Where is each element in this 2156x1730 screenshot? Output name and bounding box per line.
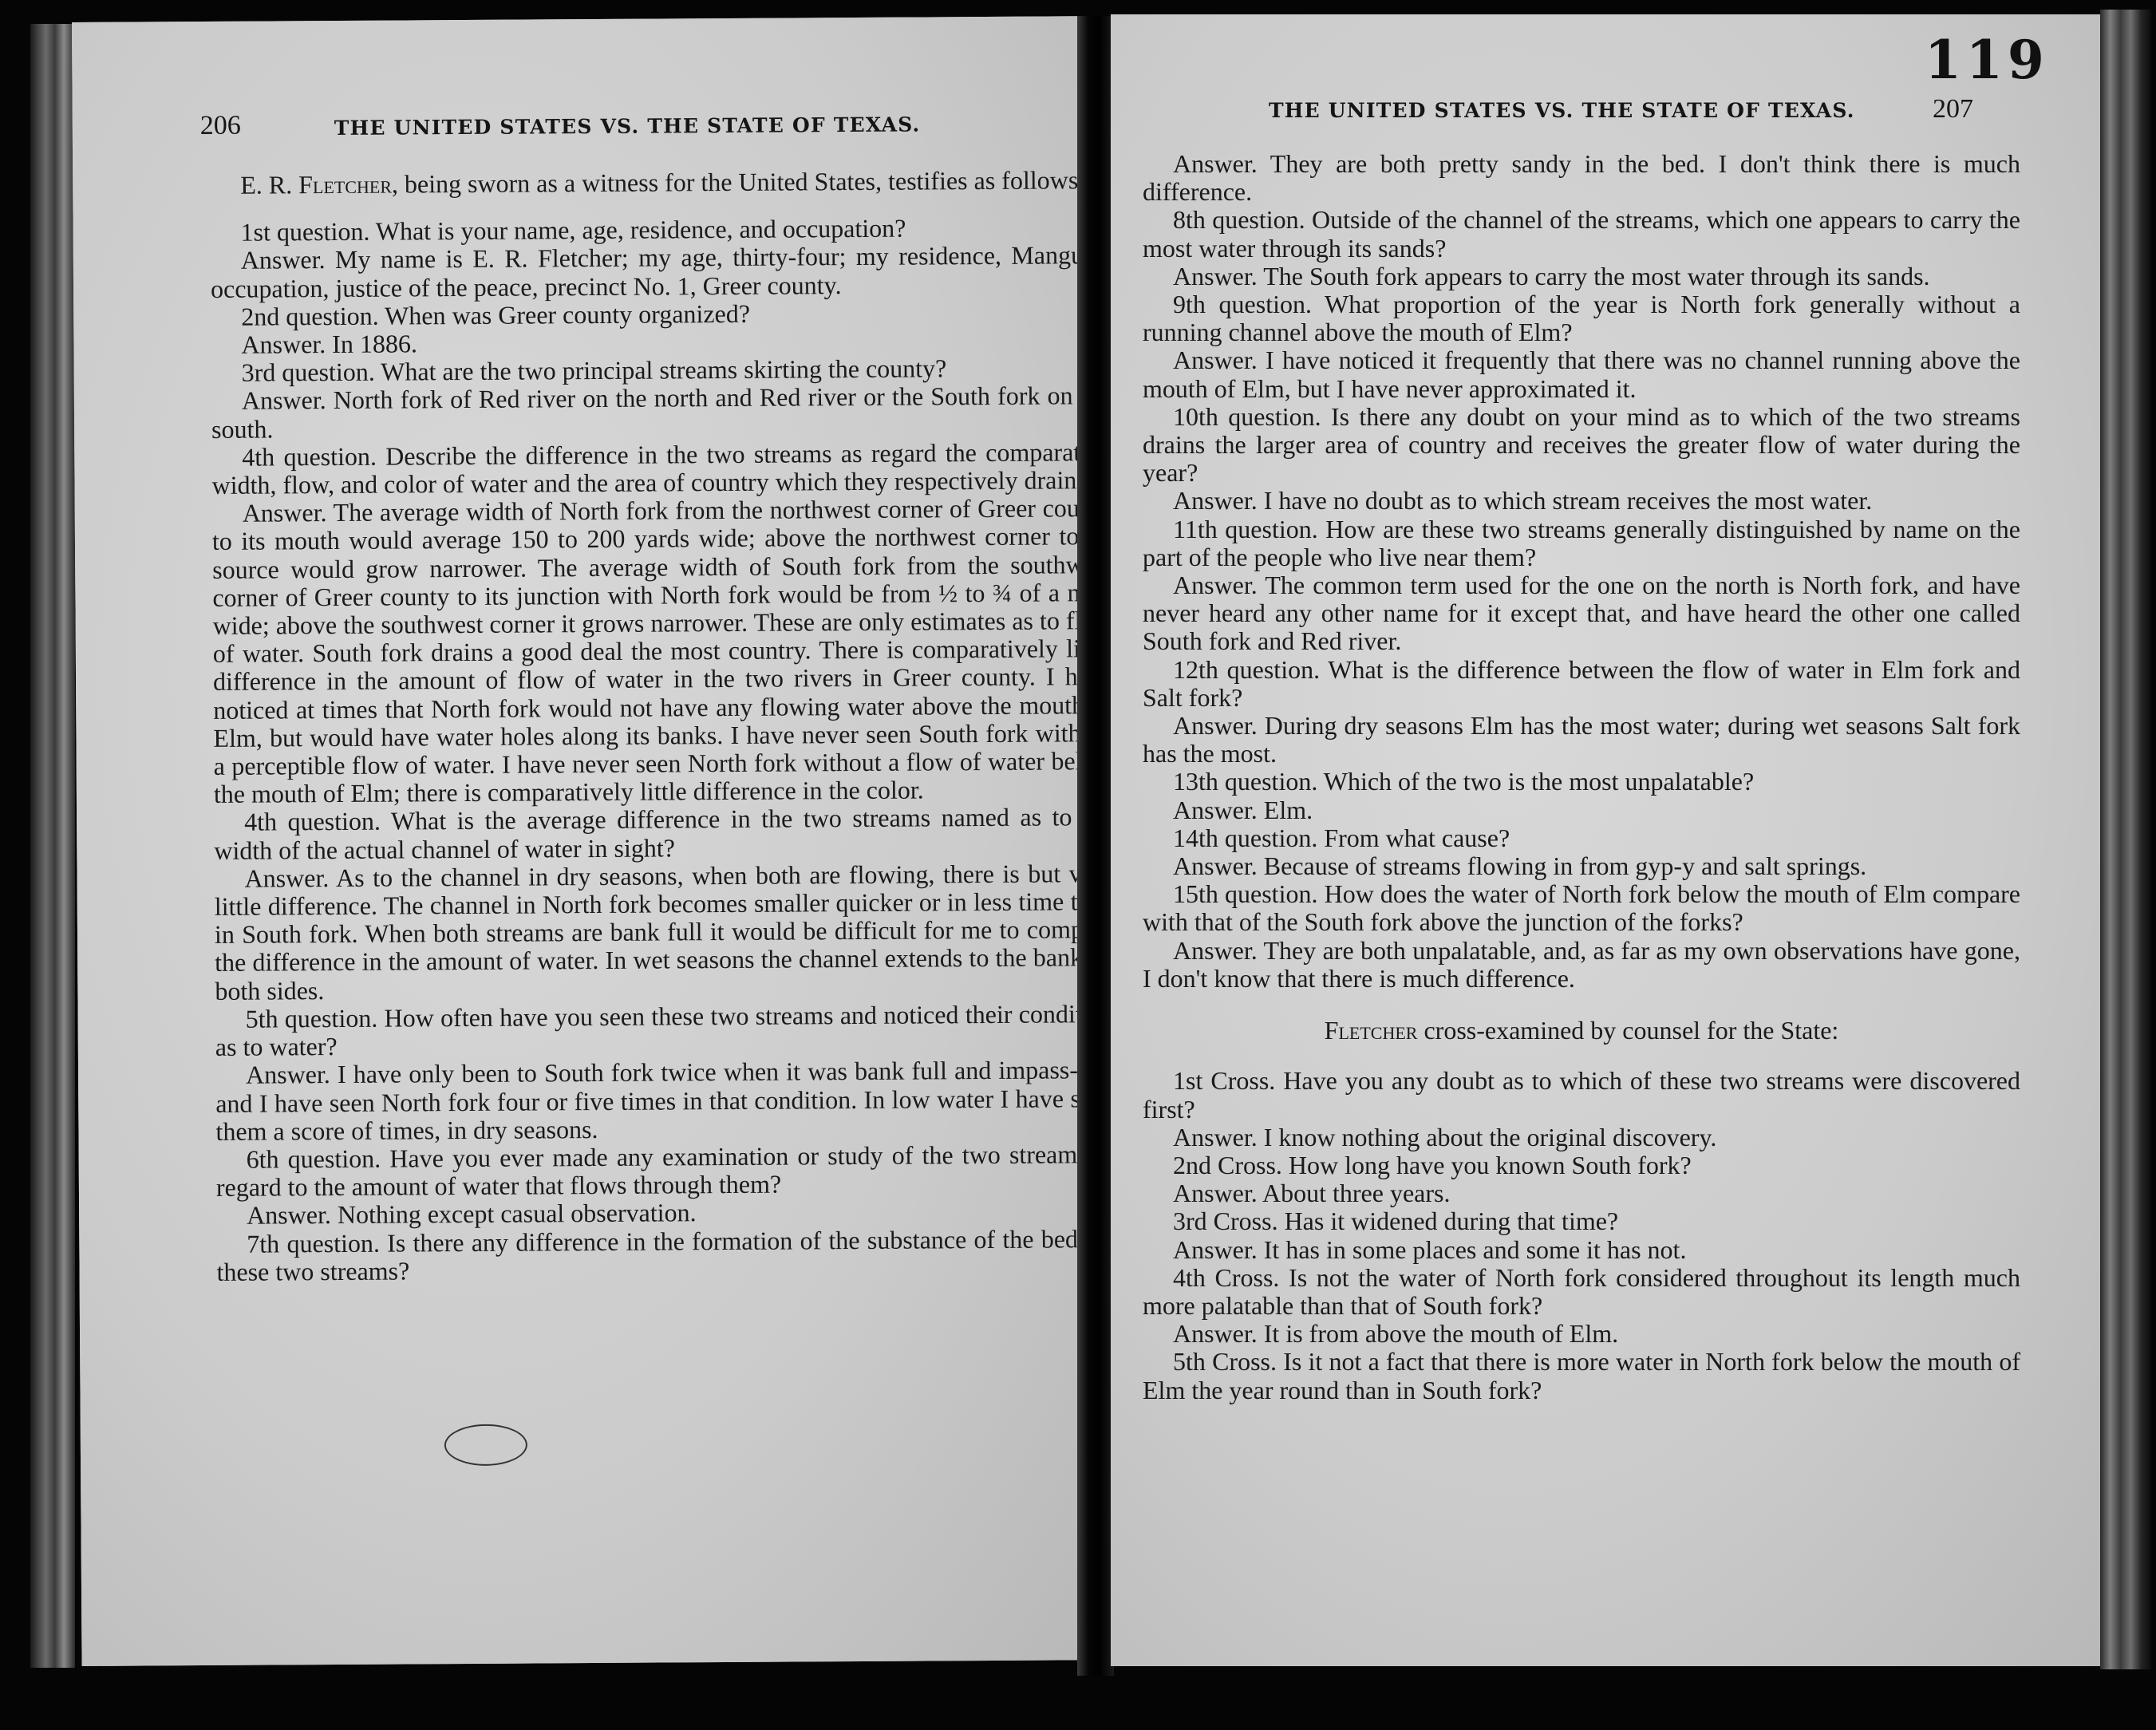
witness-name: Fletcher — [1325, 1016, 1418, 1045]
paragraph: 11th question. How are these two streams… — [1143, 515, 2020, 571]
paragraph: 4th question. Describe the difference in… — [211, 438, 1112, 500]
paragraph: Answer. About three years. — [1143, 1179, 2020, 1207]
paragraph: Answer. The average width of North fork … — [212, 494, 1114, 808]
paragraph: 14th question. From what cause? — [1143, 824, 2020, 852]
paragraph: 3rd Cross. Has it widened during that ti… — [1143, 1207, 2020, 1235]
paragraph: 9th question. What proportion of the yea… — [1143, 290, 2020, 346]
page-number: 206 — [200, 111, 241, 141]
paragraph: 4th Cross. Is not the water of North for… — [1143, 1264, 2020, 1320]
running-head: THE UNITED STATES VS. THE STATE OF TEXAS… — [1269, 99, 1855, 122]
paragraph: 6th question. Have you ever made any exa… — [216, 1140, 1116, 1202]
paragraph: 2nd Cross. How long have you known South… — [1143, 1151, 2020, 1179]
paragraph: Answer. I have no doubt as to which stre… — [1143, 487, 2020, 515]
intro-text: , being sworn as a witness for the Unite… — [392, 165, 1085, 198]
paragraph: 8th question. Outside of the channel of … — [1143, 206, 2020, 262]
paragraph: 5th Cross. Is it not a fact that there i… — [1143, 1348, 2020, 1404]
paragraph: Answer. Elm. — [1143, 796, 2020, 824]
cross-examination-heading: Fletcher cross-examined by counsel for t… — [1143, 1017, 2020, 1045]
book-page-edges-right — [2100, 10, 2151, 1669]
right-page: 119 THE UNITED STATES VS. THE STATE OF T… — [1111, 14, 2102, 1666]
paragraph: Answer. It is from above the mouth of El… — [1143, 1320, 2020, 1348]
paragraph: Answer. As to the channel in dry seasons… — [214, 859, 1115, 1005]
page-number: 207 — [1933, 94, 1973, 124]
cross-heading-text: cross-examined by counsel for the State: — [1417, 1016, 1838, 1045]
paragraph: Answer. My name is E. R. Fletcher; my ag… — [211, 241, 1111, 302]
paragraph: Answer. I have noticed it frequently tha… — [1143, 346, 2020, 402]
witness-name: E. R. Fletcher — [240, 170, 392, 199]
book-cover-left-edge — [30, 24, 75, 1668]
paragraph: 1st Cross. Have you any doubt as to whic… — [1143, 1067, 2020, 1123]
paragraph: Answer. During dry seasons Elm has the m… — [1143, 712, 2020, 768]
paragraph: 5th question. How often have you seen th… — [215, 1000, 1116, 1061]
paragraph: Answer. The common term used for the one… — [1143, 571, 2020, 656]
left-page: 206 THE UNITED STATES VS. THE STATE OF T… — [72, 16, 1089, 1666]
handwritten-circle-mark — [444, 1424, 527, 1467]
paragraph: Answer. North fork of Red river on the n… — [211, 381, 1112, 443]
paragraph: Answer. Because of streams flowing in fr… — [1143, 852, 2020, 880]
stamp-number: 119 — [1925, 29, 2049, 91]
left-page-body: E. R. Fletcher, being sworn as a witness… — [210, 166, 1117, 1286]
paragraph: 13th question. Which of the two is the m… — [1143, 768, 2020, 796]
running-head: THE UNITED STATES VS. THE STATE OF TEXAS… — [334, 113, 921, 140]
paragraph: 4th question. What is the average differ… — [214, 804, 1114, 865]
paragraph: Answer. It has in some places and some i… — [1143, 1236, 2020, 1264]
paragraph: 10th question. Is there any doubt on you… — [1143, 403, 2020, 488]
paragraph: Answer. I know nothing about the origina… — [1143, 1124, 2020, 1151]
paragraph: 15th question. How does the water of Nor… — [1143, 880, 2020, 936]
paragraph: 7th question. Is there any difference in… — [216, 1225, 1116, 1286]
paragraph: Answer. They are both pretty sandy in th… — [1143, 150, 2020, 206]
paragraph: 12th question. What is the difference be… — [1143, 656, 2020, 712]
paragraph: Answer. I have only been to South fork t… — [215, 1056, 1116, 1145]
paragraph: Answer. They are both unpalatable, and, … — [1143, 937, 2020, 993]
book-gutter — [1077, 16, 1114, 1676]
right-page-body: Answer. They are both pretty sandy in th… — [1143, 150, 2020, 1404]
paragraph: Answer. The South fork appears to carry … — [1143, 263, 2020, 290]
witness-intro: E. R. Fletcher, being sworn as a witness… — [210, 166, 1110, 199]
